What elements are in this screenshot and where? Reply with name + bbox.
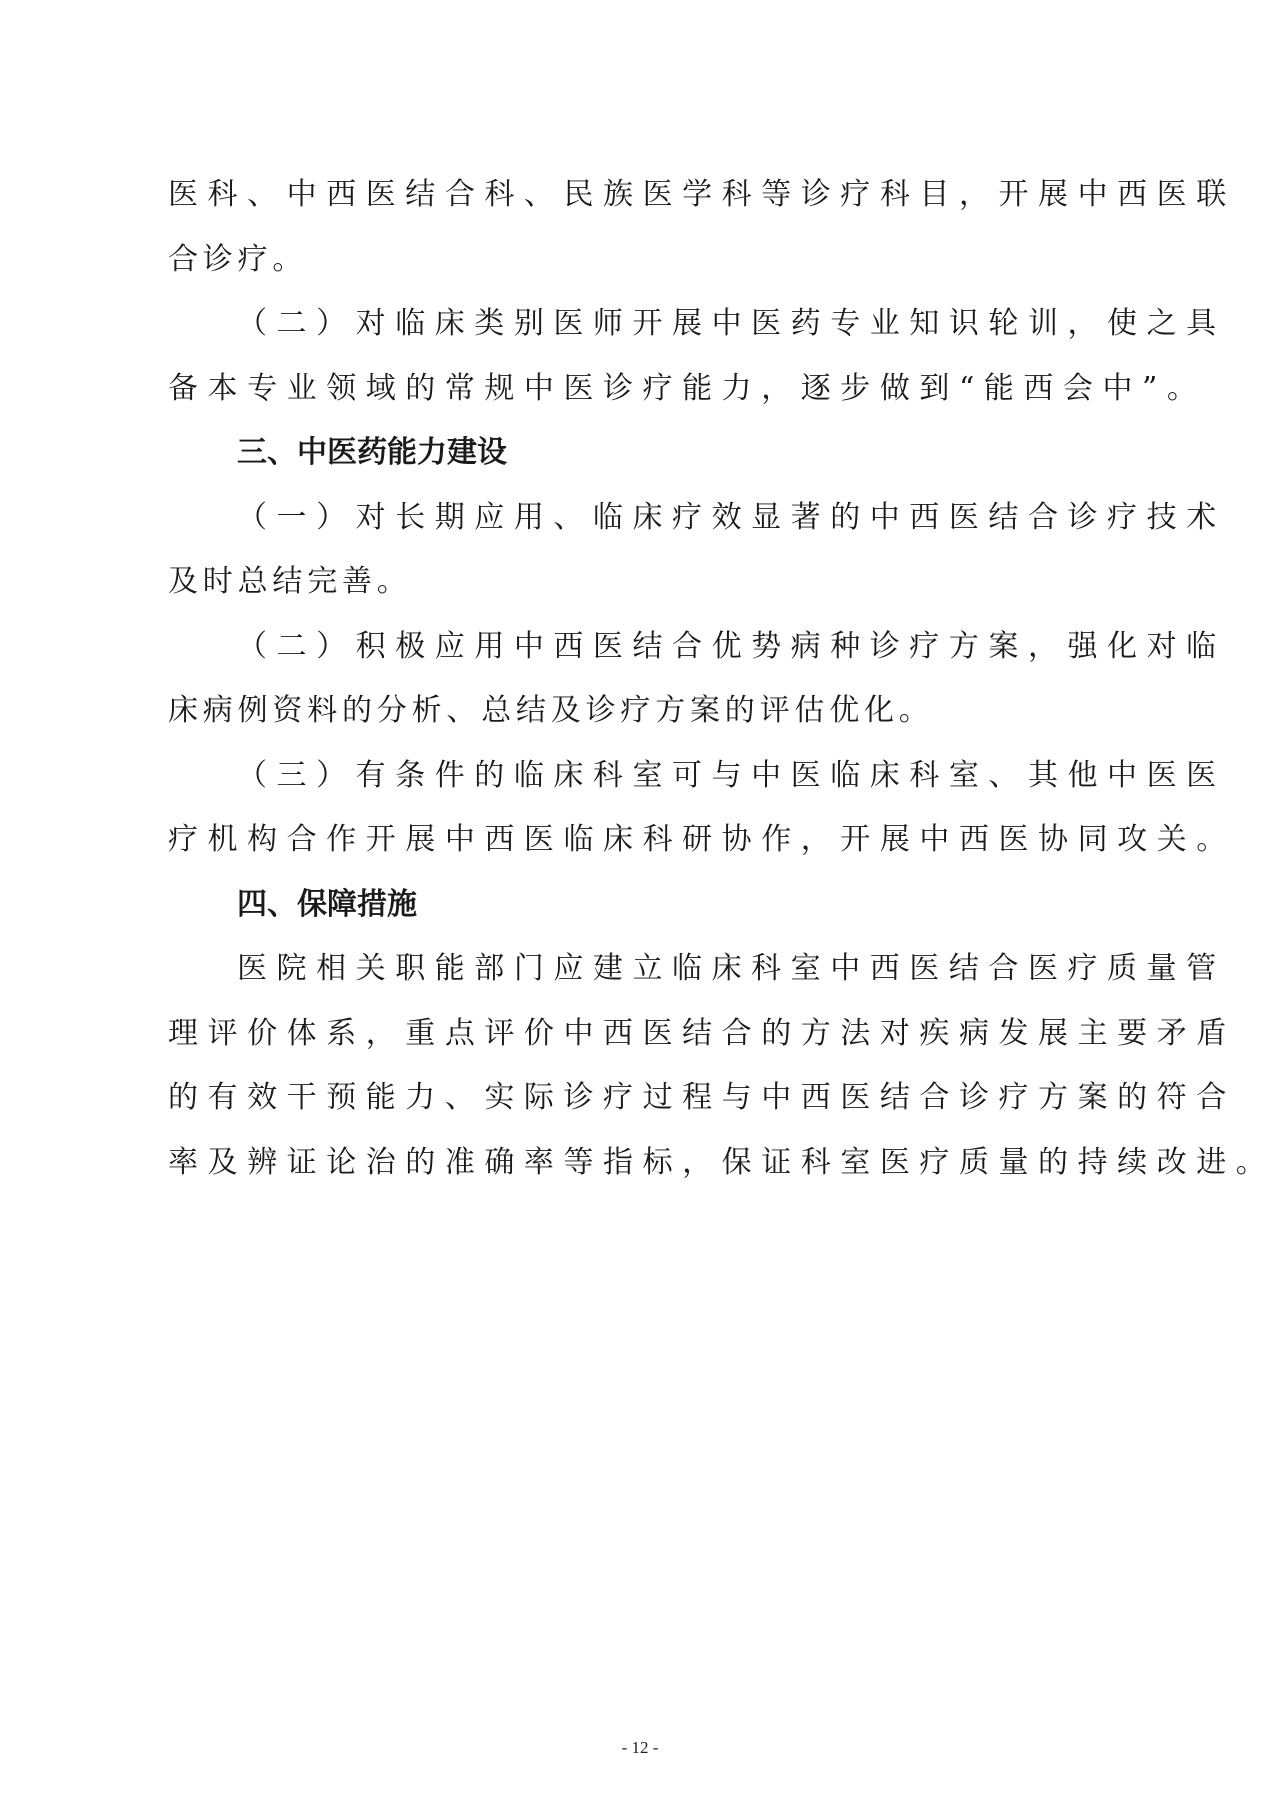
- paragraph-line: 疗 机 构 合 作 开 展 中 西 医 临 床 科 研 协 作 ， 开 展 中 …: [168, 808, 1110, 873]
- paragraph-line: （ 二 ） 对 临 床 类 别 医 师 开 展 中 医 药 专 业 知 识 轮 …: [168, 292, 1110, 357]
- paragraph-line: 及时总结完善。: [168, 550, 1110, 615]
- paragraph-line: 医 科 、 中 西 医 结 合 科 、 民 族 医 学 科 等 诊 疗 科 目 …: [168, 163, 1110, 228]
- paragraph-line: 合诊疗。: [168, 228, 1110, 293]
- section-heading: 四、保障措施: [168, 873, 1110, 938]
- paragraph-line: （ 三 ） 有 条 件 的 临 床 科 室 可 与 中 医 临 床 科 室 、 …: [168, 744, 1110, 809]
- document-page: 医 科 、 中 西 医 结 合 科 、 民 族 医 学 科 等 诊 疗 科 目 …: [0, 0, 1280, 1810]
- paragraph-line: 床病例资料的分析、总结及诊疗方案的评估优化。: [168, 679, 1110, 744]
- section-heading: 三、中医药能力建设: [168, 421, 1110, 486]
- document-body: 医 科 、 中 西 医 结 合 科 、 民 族 医 学 科 等 诊 疗 科 目 …: [168, 163, 1110, 1195]
- paragraph-line: 理 评 价 体 系 ， 重 点 评 价 中 西 医 结 合 的 方 法 对 疾 …: [168, 1002, 1110, 1067]
- page-number: - 12 -: [0, 1738, 1280, 1758]
- paragraph-line: 的 有 效 干 预 能 力 、 实 际 诊 疗 过 程 与 中 西 医 结 合 …: [168, 1066, 1110, 1131]
- paragraph-line: （ 二 ） 积 极 应 用 中 西 医 结 合 优 势 病 种 诊 疗 方 案 …: [168, 615, 1110, 680]
- paragraph-line: 医 院 相 关 职 能 部 门 应 建 立 临 床 科 室 中 西 医 结 合 …: [168, 937, 1110, 1002]
- paragraph-line: （ 一 ） 对 长 期 应 用 、 临 床 疗 效 显 著 的 中 西 医 结 …: [168, 486, 1110, 551]
- paragraph-line: 率 及 辨 证 论 治 的 准 确 率 等 指 标 ， 保 证 科 室 医 疗 …: [168, 1131, 1110, 1196]
- paragraph-line: 备 本 专 业 领 域 的 常 规 中 医 诊 疗 能 力 ， 逐 步 做 到 …: [168, 357, 1110, 422]
